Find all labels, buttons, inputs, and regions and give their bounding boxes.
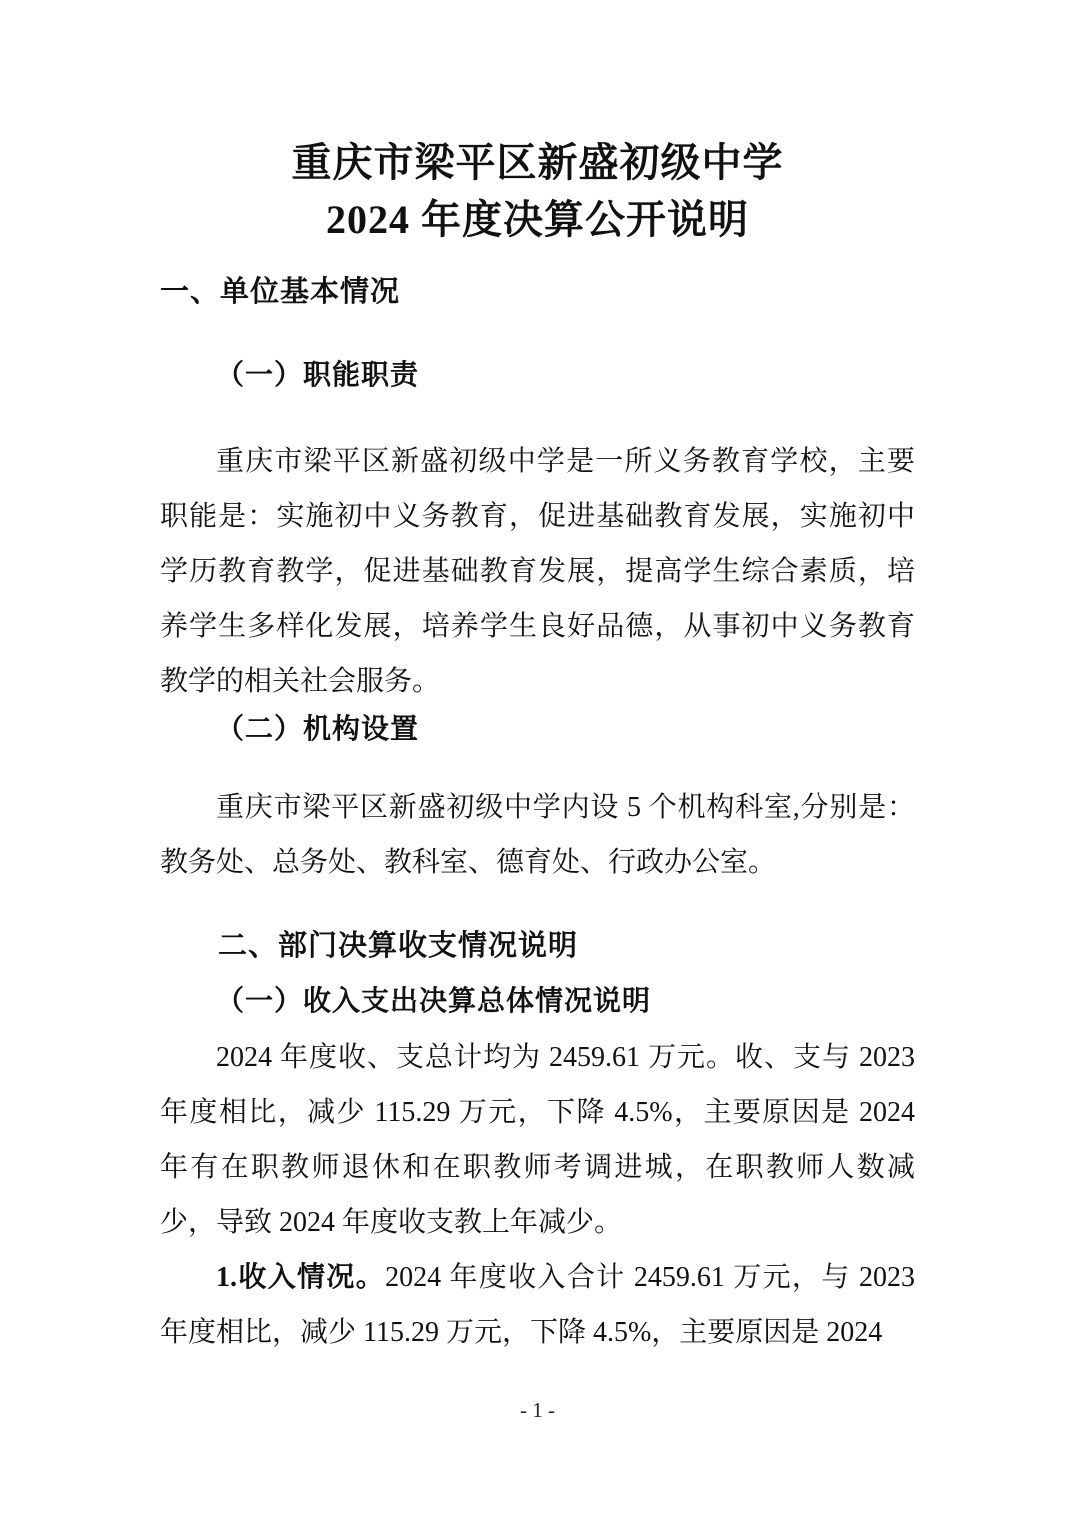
budget-overview-paragraph: 2024 年度收、支总计均为 2459.61 万元。收、支与 2023 年度相比… <box>160 1030 915 1250</box>
section-2-heading: 二、部门决算收支情况说明 <box>160 925 915 967</box>
title-line-2: 2024 年度决算公开说明 <box>160 191 915 248</box>
section-2-sub-1-heading: （一）收入支出决算总体情况说明 <box>160 982 915 1022</box>
page-number: - 1 - <box>0 1398 1075 1423</box>
document-page: 重庆市梁平区新盛初级中学 2024 年度决算公开说明 一、单位基本情况 （一）职… <box>0 0 1075 1520</box>
functions-paragraph: 重庆市梁平区新盛初级中学是一所义务教育学校，主要职能是：实施初中义务教育，促进基… <box>160 434 915 709</box>
section-1-heading: 一、单位基本情况 <box>160 272 915 312</box>
income-paragraph: 1.收入情况。2024 年度收入合计 2459.61 万元，与 2023 年度相… <box>160 1250 915 1360</box>
document-title: 重庆市梁平区新盛初级中学 2024 年度决算公开说明 <box>160 134 915 248</box>
organization-paragraph: 重庆市梁平区新盛初级中学内设 5 个机构科室,分别是：教务处、总务处、教科室、德… <box>160 780 915 890</box>
income-lead-label: 1.收入情况。 <box>216 1262 385 1293</box>
title-line-1: 重庆市梁平区新盛初级中学 <box>160 134 915 191</box>
section-1-sub-1-heading: （一）职能职责 <box>160 356 915 396</box>
section-1-sub-2-heading: （二）机构设置 <box>160 710 915 750</box>
